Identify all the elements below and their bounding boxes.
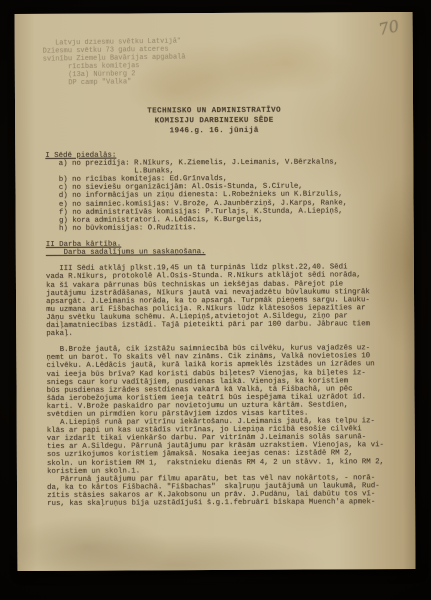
document-title: TECHNISKO UN ADMINISTRATĪVO KOMISIJU DAR… (15, 106, 413, 137)
scan-background: 70 Latvju dziesmu svētku Latvijā"Dziesmu… (0, 0, 431, 600)
document-body: I Sēdē piedalās: a) no prezidija: R.Nīku… (45, 150, 403, 508)
letterhead-stamp: Latvju dziesmu svētku Latvijā"Dziesmu sv… (42, 37, 186, 88)
paper-stain (7, 516, 167, 577)
document-page: 70 Latvju dziesmu svētku Latvijā"Dziesmu… (15, 12, 416, 571)
text-line: DP camp "Valka" (43, 78, 186, 88)
handwritten-page-number: 70 (376, 16, 400, 39)
text-line: rus, kas skaļruņus bija uzstādījuši š.g.… (47, 498, 403, 508)
title-line-3: 1946.g. 16. jūnijā (15, 126, 413, 138)
